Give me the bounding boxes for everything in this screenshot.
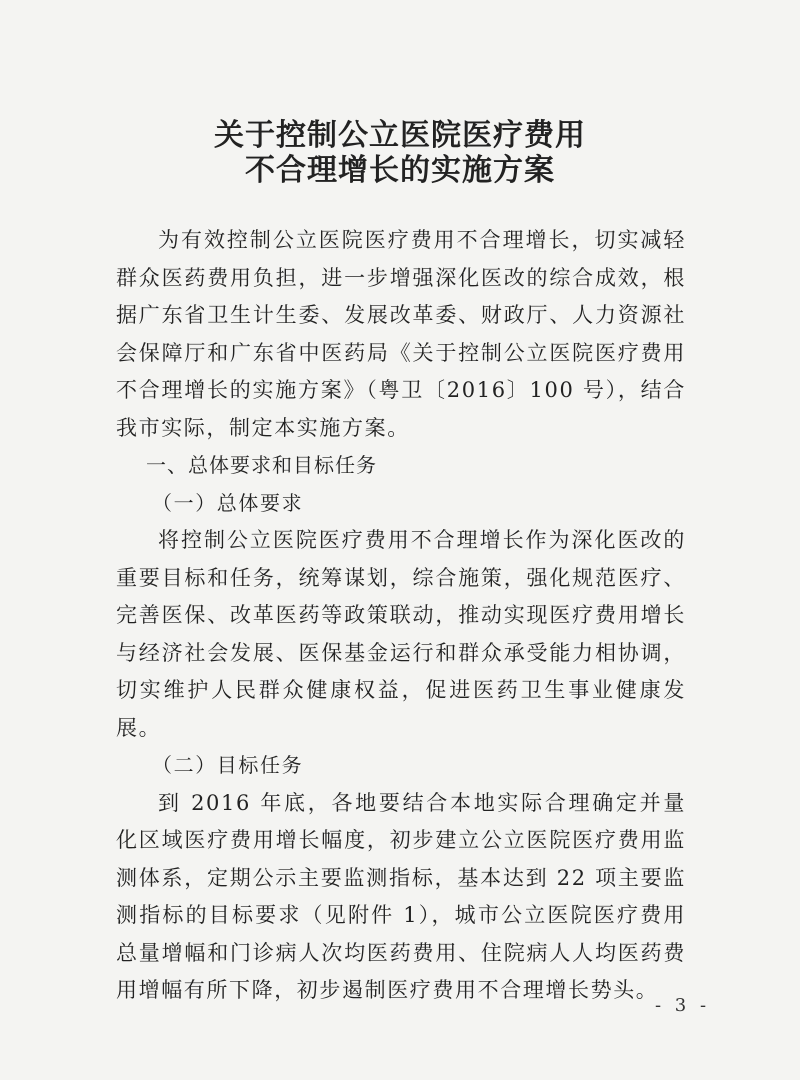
document-body: 为有效控制公立医院医疗费用不合理增长，切实减轻群众医药费用负担，进一步增强深化医…: [116, 222, 686, 1010]
section-heading-1: 一、总体要求和目标任务: [116, 447, 686, 485]
intro-paragraph: 为有效控制公立医院医疗费用不合理增长，切实减轻群众医药费用负担，进一步增强深化医…: [116, 222, 686, 447]
subsection-2-paragraph: 到 2016 年底，各地要结合本地实际合理确定并量化区域医疗费用增长幅度，初步建…: [116, 785, 686, 1010]
document-page: 关于控制公立医院医疗费用 不合理增长的实施方案 为有效控制公立医院医疗费用不合理…: [0, 0, 800, 1080]
subsection-1-paragraph: 将控制公立医院医疗费用不合理增长作为深化医改的重要目标和任务，统筹谋划，综合施策…: [116, 522, 686, 747]
document-title-line-2: 不合理增长的实施方案: [0, 145, 800, 189]
subsection-heading-2: （二）目标任务: [116, 747, 686, 785]
subsection-heading-1: （一）总体要求: [116, 485, 686, 523]
page-number: - 3 -: [655, 995, 710, 1016]
